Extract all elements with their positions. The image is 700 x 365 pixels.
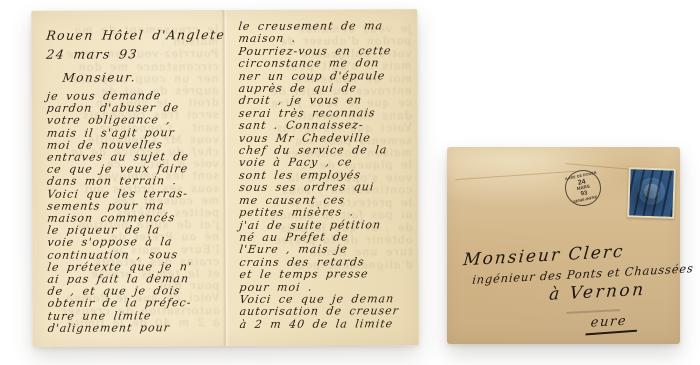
handwriting-line: d'alignement pour bbox=[47, 322, 218, 335]
paper-crease bbox=[455, 171, 575, 180]
heading-line: Rouen Hôtel d'Angleterre. bbox=[45, 25, 217, 45]
letter-page-1: le creusement de mamaison .Pourriez-vous… bbox=[31, 10, 225, 347]
envelope: GARE DE ROUEN 24 MARS 93 SEINE-INFRE Mon… bbox=[447, 147, 680, 344]
address-department: eure bbox=[590, 311, 677, 331]
photo-stage: le creusement de mamaison .Pourriez-vous… bbox=[0, 0, 700, 365]
letter-body-page-2: le creusement de mamaison .Pourriez-vous… bbox=[238, 20, 410, 331]
handwriting-line: et le temps presse bbox=[239, 268, 411, 281]
letter-bifolium: le creusement de mamaison .Pourriez-vous… bbox=[31, 9, 418, 347]
envelope-address: Monsieur Clerc ingénieur des Ponts et Ch… bbox=[451, 239, 677, 342]
letter-body-page-1: je vous demandepardon d'abuser devotre o… bbox=[47, 90, 218, 335]
handwriting-line: à 2 m 40 de la limite bbox=[239, 318, 411, 331]
address-town: à Vernon bbox=[548, 278, 676, 305]
heading-line: 24 mars 93 bbox=[45, 44, 217, 64]
faint-underline bbox=[566, 309, 620, 314]
postage-stamp-icon bbox=[627, 167, 676, 219]
handwriting-line: petites misères . bbox=[238, 206, 410, 219]
letter-heading: Rouen Hôtel d'Angleterre.24 mars 93 bbox=[46, 25, 216, 64]
salutation: Monsieur. bbox=[62, 70, 218, 85]
stamp-cancellation bbox=[629, 169, 674, 216]
ink-underline bbox=[585, 330, 637, 336]
postmark-icon: GARE DE ROUEN 24 MARS 93 SEINE-INFRE bbox=[562, 167, 605, 210]
letter-page-2: je vous demandepardon d'abuser devotre o… bbox=[224, 9, 418, 346]
postmark-date: 24 MARS 93 bbox=[574, 178, 592, 199]
